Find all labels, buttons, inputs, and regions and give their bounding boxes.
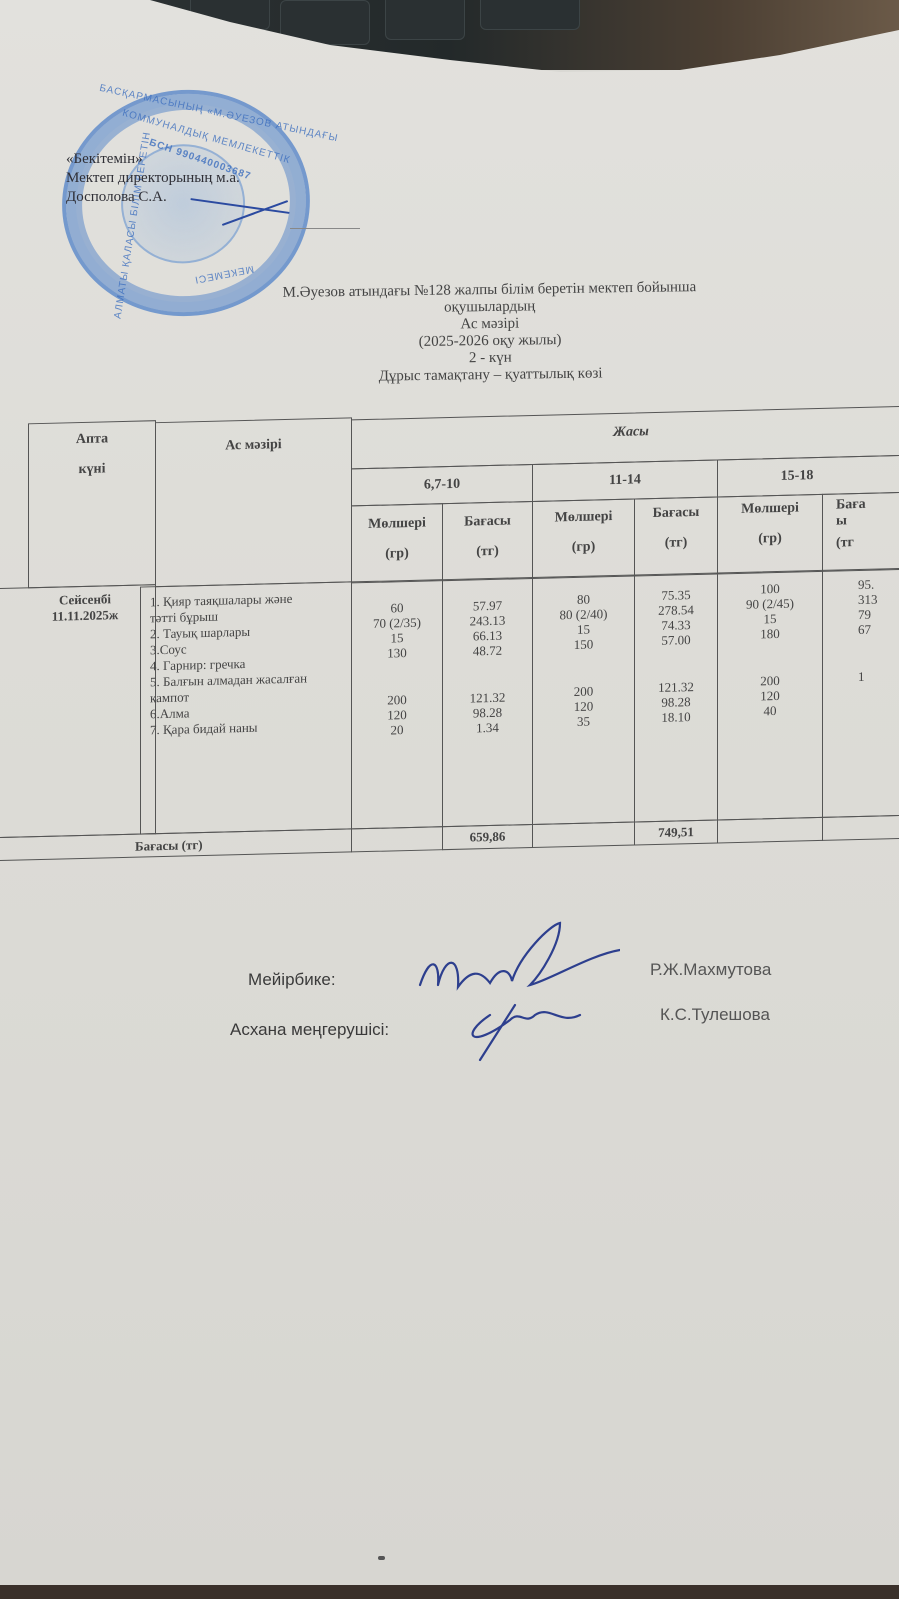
value-cell: 1: [858, 668, 898, 684]
value-cell: 79: [858, 606, 898, 622]
approval-position: Мектеп директорының м.а.: [66, 169, 240, 188]
signature-line: [290, 228, 360, 229]
qty-label: Мөлшері: [717, 500, 823, 519]
total-6-10: 659,86: [442, 828, 533, 846]
price-label-cut2: ы: [836, 512, 896, 529]
total-empty-2: [532, 821, 635, 848]
keyboard-key: [385, 0, 465, 40]
total-empty-3: [717, 817, 823, 844]
handwritten-signatures: [400, 915, 620, 1065]
price-header-2: Бағасы (тг): [634, 504, 718, 552]
day-date: 11.11.2025ж: [20, 606, 150, 625]
value-cell: 18.10: [634, 708, 718, 725]
header-day-label: Апта күні: [28, 430, 156, 479]
qty-unit: (гр): [532, 538, 635, 557]
desk-edge: [0, 1585, 899, 1599]
value-cell: 35: [532, 712, 635, 730]
canteen-manager-label: Асхана меңгерушісі:: [230, 1020, 389, 1040]
qty-column-15-18: 10090 (2/45)1518020012040: [717, 580, 823, 720]
header-day-line2: күні: [28, 460, 156, 479]
value-cell: 313: [858, 591, 898, 607]
qty-header-2: Мөлшері (гр): [532, 508, 635, 557]
keyboard-key: [480, 0, 580, 30]
value-cell: [858, 683, 898, 699]
price-unit-cut: (тг: [836, 534, 896, 551]
document-heading: М.Әуезов атындағы №128 жалпы білім берет…: [259, 279, 720, 387]
qty-header-3: Мөлшері (гр): [717, 500, 823, 549]
qty-header-1: Мөлшері (гр): [351, 515, 443, 563]
qty-label: Мөлшері: [351, 515, 443, 533]
approval-name: Досполова С.А.: [66, 188, 240, 207]
nurse-label: Мейірбике:: [248, 970, 336, 990]
qty-unit: (гр): [351, 545, 443, 563]
menu-table: Апта күні Ас мәзірі Жасы 6,7-10 11-14 15…: [0, 388, 899, 860]
paper-speck: [378, 1556, 385, 1560]
value-cell: [858, 698, 898, 714]
price-label-cut: Бағa: [836, 496, 896, 513]
qty-unit: (гр): [717, 530, 823, 549]
price-column-11-14: 75.35278.5474.3357.00121.3298.2818.10: [634, 586, 718, 725]
price-label: Бағасы: [634, 504, 718, 522]
stamp-text-bottom: МЕКЕМЕСІ: [193, 263, 254, 285]
value-cell: 67: [858, 621, 898, 637]
price-header-3: Бағa ы (тг: [836, 496, 896, 551]
value-cell: 95.: [858, 576, 898, 592]
nurse-name: Р.Ж.Махмутова: [650, 960, 771, 980]
menu-items-list: 1. Қияр таяқшалары жәнетәтті бұрыш2. Тау…: [150, 589, 350, 738]
value-cell: 1.34: [442, 719, 533, 736]
qty-column-11-14: 8080 (2/40)1515020012035: [532, 590, 635, 730]
row-day: Сейсенбі 11.11.2025ж: [20, 590, 150, 625]
price-unit: (тг): [442, 543, 533, 561]
price-unit: (тг): [634, 534, 718, 552]
header-day-line1: Апта: [28, 430, 156, 449]
price-header-1: Бағасы (тг): [442, 513, 533, 561]
document-page: БАСҚАРМАСЫНЫҢ «М.ӘУЕЗОВ АТЫНДАҒЫ КОММУНА…: [0, 0, 899, 1585]
qty-label: Мөлшері: [532, 508, 635, 527]
total-11-14: 749,51: [634, 823, 718, 841]
price-label: Бағасы: [442, 513, 533, 531]
value-cell: 40: [717, 702, 823, 720]
value-cell: 20: [351, 721, 443, 738]
total-15-18-cell: [822, 815, 899, 841]
approval-title: «Бекітемін»: [66, 150, 240, 169]
price-column-15-18: 95.31379671: [858, 576, 898, 714]
total-empty-1: [351, 826, 443, 852]
price-column-6-10: 57.97243.1366.1348.72121.3298.281.34: [442, 597, 533, 736]
qty-column-6-10: 6070 (2/35)1513020012020: [351, 599, 443, 738]
approval-block: «Бекітемін» Мектеп директорының м.а. Дос…: [66, 150, 240, 207]
canteen-manager-name: К.С.Тулешова: [660, 1005, 770, 1025]
